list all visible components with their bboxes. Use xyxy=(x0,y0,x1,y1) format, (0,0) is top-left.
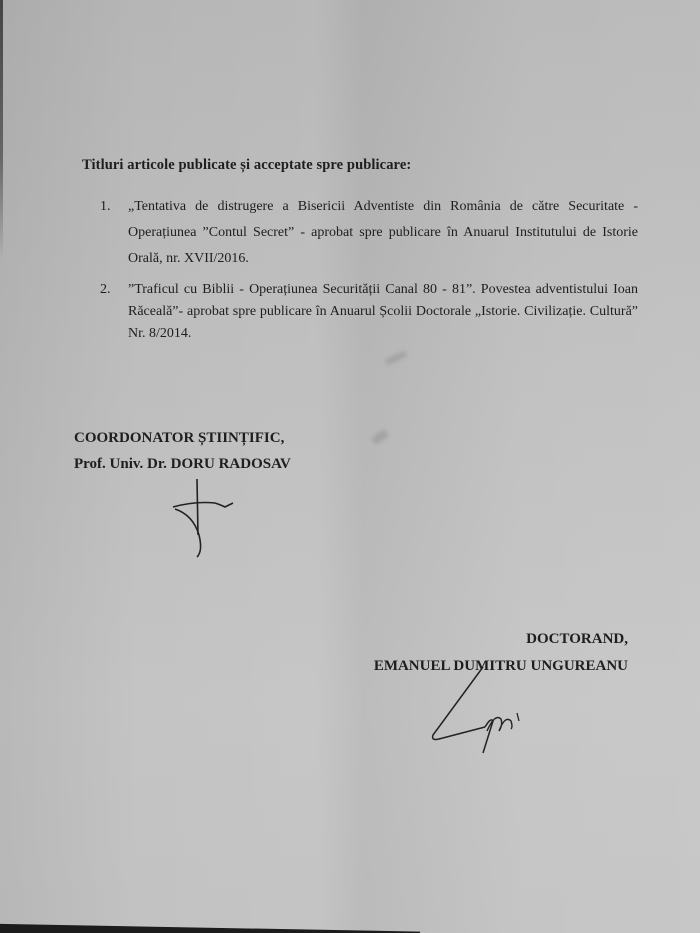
candidate-name: EMANUEL DUMITRU UNGUREANU xyxy=(374,653,628,680)
coordinator-block: COORDONATOR ȘTIINȚIFIC, Prof. Univ. Dr. … xyxy=(74,425,291,477)
coordinator-name: Prof. Univ. Dr. DORU RADOSAV xyxy=(74,451,291,477)
article-number: 2. xyxy=(100,279,111,301)
article-number: 1. xyxy=(100,194,111,220)
page-edge-shadow xyxy=(0,0,3,260)
article-text: ”Traficul cu Biblii - Operațiunea Securi… xyxy=(128,282,638,341)
article-item: 2. ”Traficul cu Biblii - Operațiunea Sec… xyxy=(98,279,638,345)
article-list: 1. „Tentativa de distrugere a Bisericii … xyxy=(98,194,638,352)
section-heading: Titluri articole publicate și acceptate … xyxy=(82,157,411,174)
article-item: 1. „Tentativa de distrugere a Bisericii … xyxy=(98,194,638,272)
candidate-role: DOCTORAND, xyxy=(374,626,628,653)
doctoral-candidate-block: DOCTORAND, EMANUEL DUMITRU UNGUREANU xyxy=(374,626,628,680)
article-text: „Tentativa de distrugere a Bisericii Adv… xyxy=(128,199,638,266)
coordinator-role: COORDONATOR ȘTIINȚIFIC, xyxy=(74,425,291,451)
